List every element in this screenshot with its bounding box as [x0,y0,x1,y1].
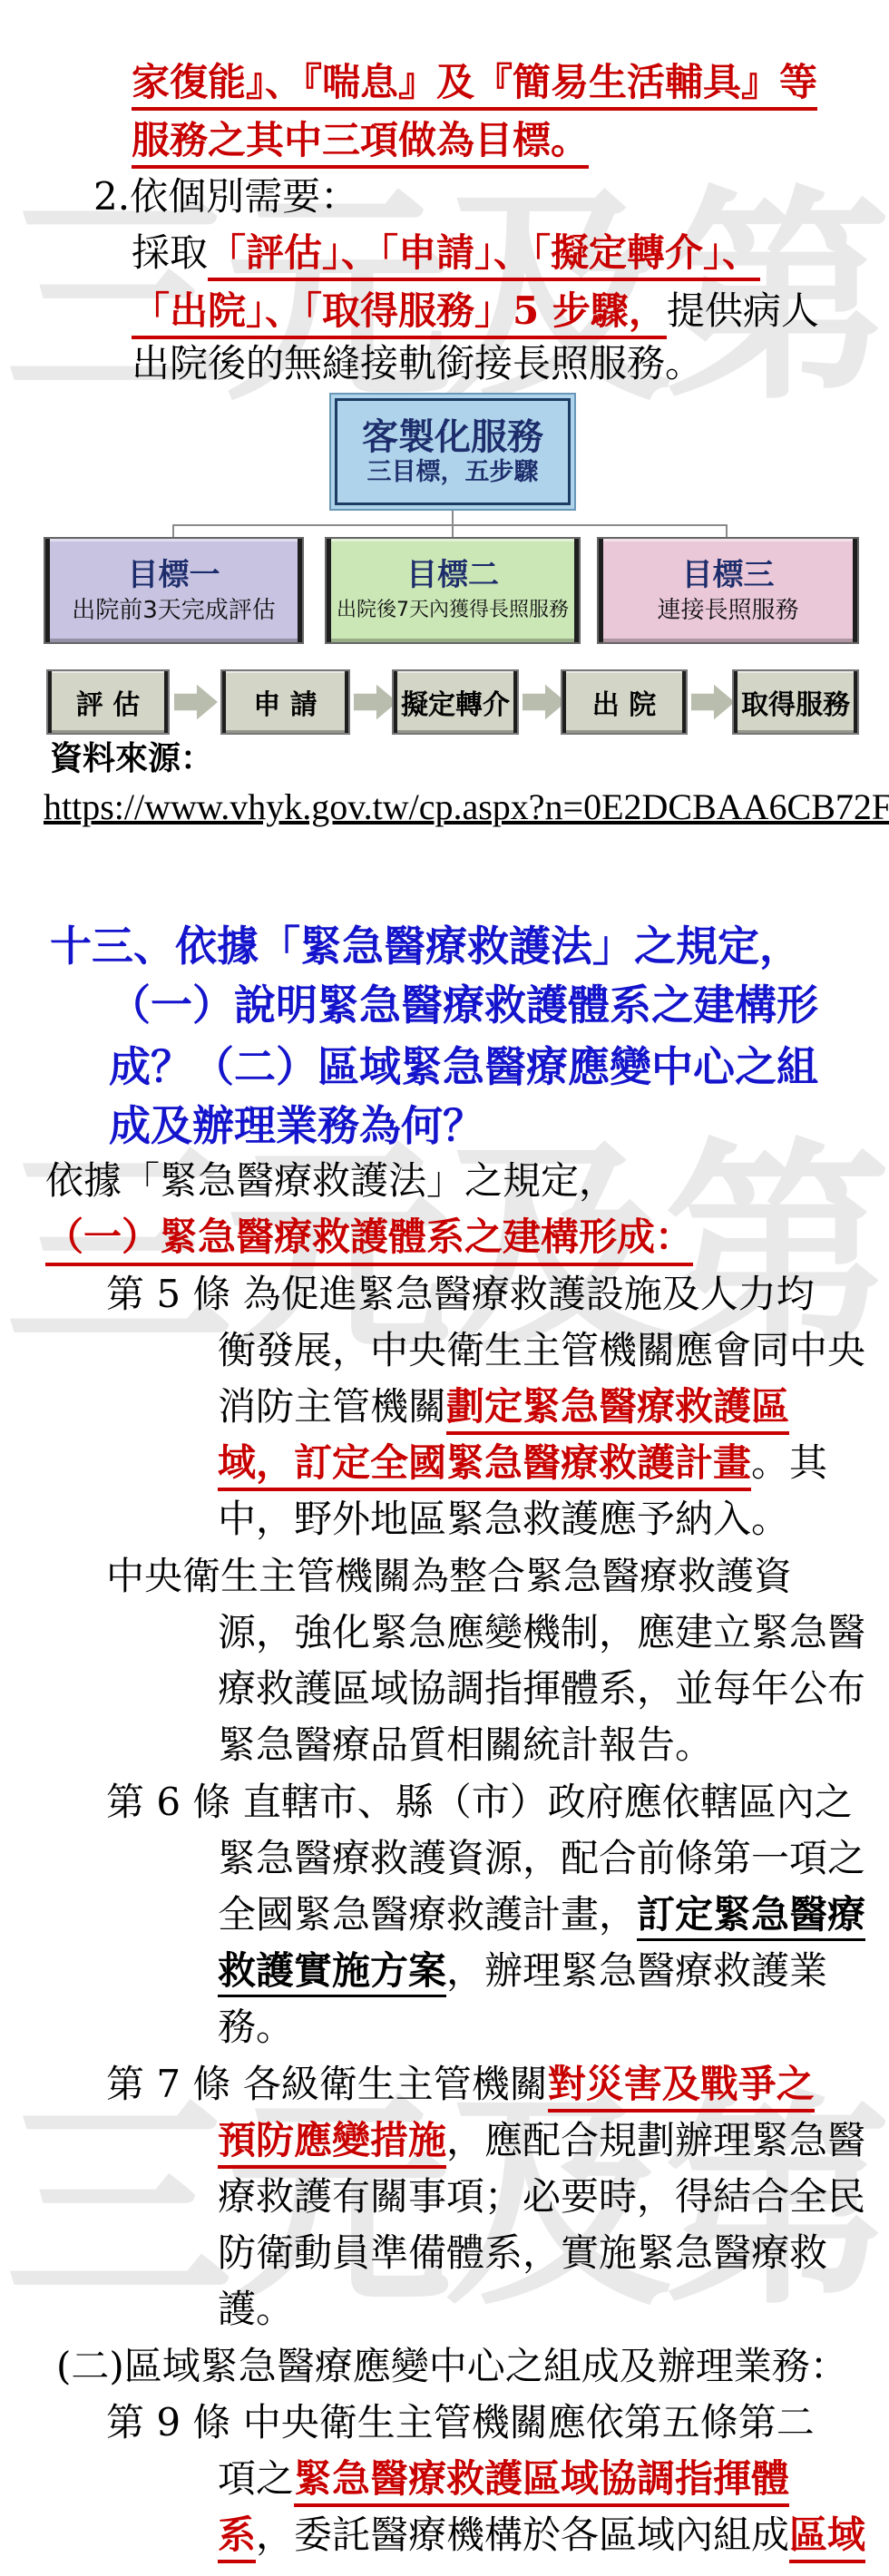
diagram-subtitle: 三目標，五步驟 [367,458,539,487]
article-7-line-5: 護。 [218,2279,294,2334]
goal-2-desc: 出院後7天內獲得長照服務 [337,595,569,626]
article-7-line-4: 防衛動員準備體系，實施緊急醫療救 [218,2223,827,2278]
article-7-line-2: 預防應變措施，應配合規劃辦理緊急醫 [218,2111,865,2165]
red-underlined-heading: （一）緊急醫療救護體系之建構形成： [45,1215,693,1266]
article-6-line-5: 務。 [218,1997,294,2052]
article-6-line-3: 全國緊急醫療救護計畫，訂定緊急醫療 [218,1885,865,1939]
red-underlined-text: 域，訂定全國緊急醫療救護計畫 [218,1440,751,1491]
step-box-apply: 申 請 [220,669,350,735]
plain-text: 全國緊急醫療救護計畫， [218,1892,637,1937]
connector-line [172,524,728,526]
steps-sentence-line-2: 「出院」、「取得服務」5 步驟，提供病人 [132,281,819,336]
diagram-top-box: 客製化服務 三目標，五步驟 [329,393,576,511]
step-box-discharge: 出 院 [561,669,688,735]
article-5b-line-1: 中央衛生主管機關為整合緊急醫療救護資 [106,1547,792,1601]
question-13-line-1: 十三、依據「緊急醫療救護法」之規定， [50,913,801,973]
article-9-line-1: 第 9 條 中央衛生主管機關應依第五條第二 [106,2393,815,2447]
plain-text: 消防主管機關 [218,1384,446,1429]
goal-1-desc: 出院前3天完成評估 [72,595,276,626]
plain-text: ，辦理緊急醫療救護業 [446,1948,827,1993]
connector-line [452,511,454,524]
red-underlined-text: 緊急醫療救護區域協調指揮體 [294,2456,789,2507]
red-underlined-text: 服務之其中三項做為目標。 [132,118,589,169]
article-7-line-1: 第 7 條 各級衛生主管機關對災害及戰爭之 [106,2054,815,2109]
diagram-title: 客製化服務 [362,416,543,458]
right-arrow-icon [174,683,218,721]
question-13-line-3: 成？（二）區域緊急醫療應變中心之組 [109,1034,818,1094]
plain-text: ，委託醫療機構於各區域內組成 [256,2513,789,2557]
source-url-link[interactable]: https://www.vhyk.gov.tw/cp.aspx?n=0E2DCB… [44,785,889,828]
plain-text: 採取 [132,230,208,275]
steps-sentence-line-3: 出院後的無縫接軌銜接長照服務。 [132,334,703,388]
article-9-line-3: 系，委託醫療機構於各區域內組成區域 [218,2505,865,2560]
list-item-2-heading: 2.依個別需要： [93,167,358,221]
steps-sentence-line-1: 採取「評估」、「申請」、「擬定轉介」、 [132,223,760,278]
connector-line [452,524,454,537]
part1-heading: （一）緊急醫療救護體系之建構形成： [45,1207,693,1262]
goal-1-title: 目標一 [128,555,220,595]
right-arrow-icon [691,683,735,721]
right-arrow-icon [354,683,397,721]
red-underlined-text: 劃定緊急醫療救護區 [446,1384,789,1435]
article-5-line-2: 衡發展，中央衛生主管機關應會同中央 [218,1321,865,1375]
article-6-line-2: 緊急醫療救護資源，配合前條第一項之 [218,1829,865,1883]
red-underlined-text: 對災害及戰爭之 [548,2062,815,2113]
red-underlined-text: 「出院」、「取得服務」5 步驟， [132,288,667,339]
article-5b-line-4: 緊急醫療品質相關統計報告。 [218,1715,713,1770]
red-underlined-text: 「評估」、「申請」、「擬定轉介」、 [208,230,760,281]
goal-2-title: 目標二 [406,555,499,595]
plain-text: 項之 [218,2456,294,2501]
goal-statement-line-1: 家復能』、『喘息』及『簡易生活輔具』等 [132,53,817,107]
bold-underlined-text: 救護實施方案 [218,1948,446,1997]
article-5b-line-2: 源，強化緊急應變機制，應建立緊急醫 [218,1603,865,1657]
right-arrow-icon [523,683,566,721]
goal-box-3: 目標三 連接長照服務 [597,537,859,644]
plain-text: ，應配合規劃辦理緊急醫 [446,2118,865,2162]
step-box-service: 取得服務 [732,669,859,735]
red-underlined-text: 區域 [789,2513,865,2563]
answer-intro: 依據「緊急醫療救護法」之規定， [45,1151,617,1205]
step-box-referral: 擬定轉介 [392,669,519,735]
plain-text: 提供病人 [667,288,819,333]
article-6-line-4: 救護實施方案，辦理緊急醫療救護業 [218,1941,827,1995]
bold-underlined-text: 訂定緊急醫療 [637,1892,865,1941]
article-9-line-2: 項之緊急醫療救護區域協調指揮體 [218,2449,789,2503]
red-underlined-text: 系 [218,2513,256,2563]
plain-text: 。其 [751,1440,827,1485]
question-13-line-2: （一）說明緊急醫療救護體系之建構形 [109,972,818,1032]
article-7-line-3: 療救護有關事項；必要時，得結合全民 [218,2167,865,2221]
goal-3-title: 目標三 [682,555,775,595]
article-5-line-4: 域，訂定全國緊急醫療救護計畫。其 [218,1433,827,1488]
goal-3-desc: 連接長照服務 [657,595,798,626]
goal-box-2: 目標二 出院後7天內獲得長照服務 [325,537,581,644]
diagram-top-box-frame: 客製化服務 三目標，五步驟 [335,398,571,505]
step-box-assess: 評 估 [46,669,170,735]
page-content: 家復能』、『喘息』及『簡易生活輔具』等 服務之其中三項做為目標。 2.依個別需要… [0,0,889,2576]
part2-heading: (二)區域緊急醫療應變中心之組成及辦理業務： [56,2337,848,2391]
red-underlined-text: 家復能』、『喘息』及『簡易生活輔具』等 [132,60,817,111]
source-label: 資料來源： [50,733,213,779]
goal-box-1: 目標一 出院前3天完成評估 [44,537,304,644]
article-5-line-5: 中，野外地區緊急救護應予納入。 [218,1489,789,1544]
article-5-line-3: 消防主管機關劃定緊急醫療救護區 [218,1377,789,1431]
question-13-line-4: 成及辦理業務為何？ [109,1093,484,1153]
article-5b-line-3: 療救護區域協調指揮體系，並每年公布 [218,1659,865,1713]
connector-line [726,524,728,537]
red-underlined-text: 預防應變措施 [218,2118,446,2169]
goal-statement-line-2: 服務之其中三項做為目標。 [132,111,589,165]
article-6-line-1: 第 6 條 直轄市、縣（市）政府應依轄區內之 [106,1772,853,1827]
plain-text: 第 7 條 各級衛生主管機關 [106,2062,548,2106]
connector-line [172,524,174,537]
article-5-line-1: 第 5 條 為促進緊急醫療救護設施及人力均 [106,1264,815,1319]
